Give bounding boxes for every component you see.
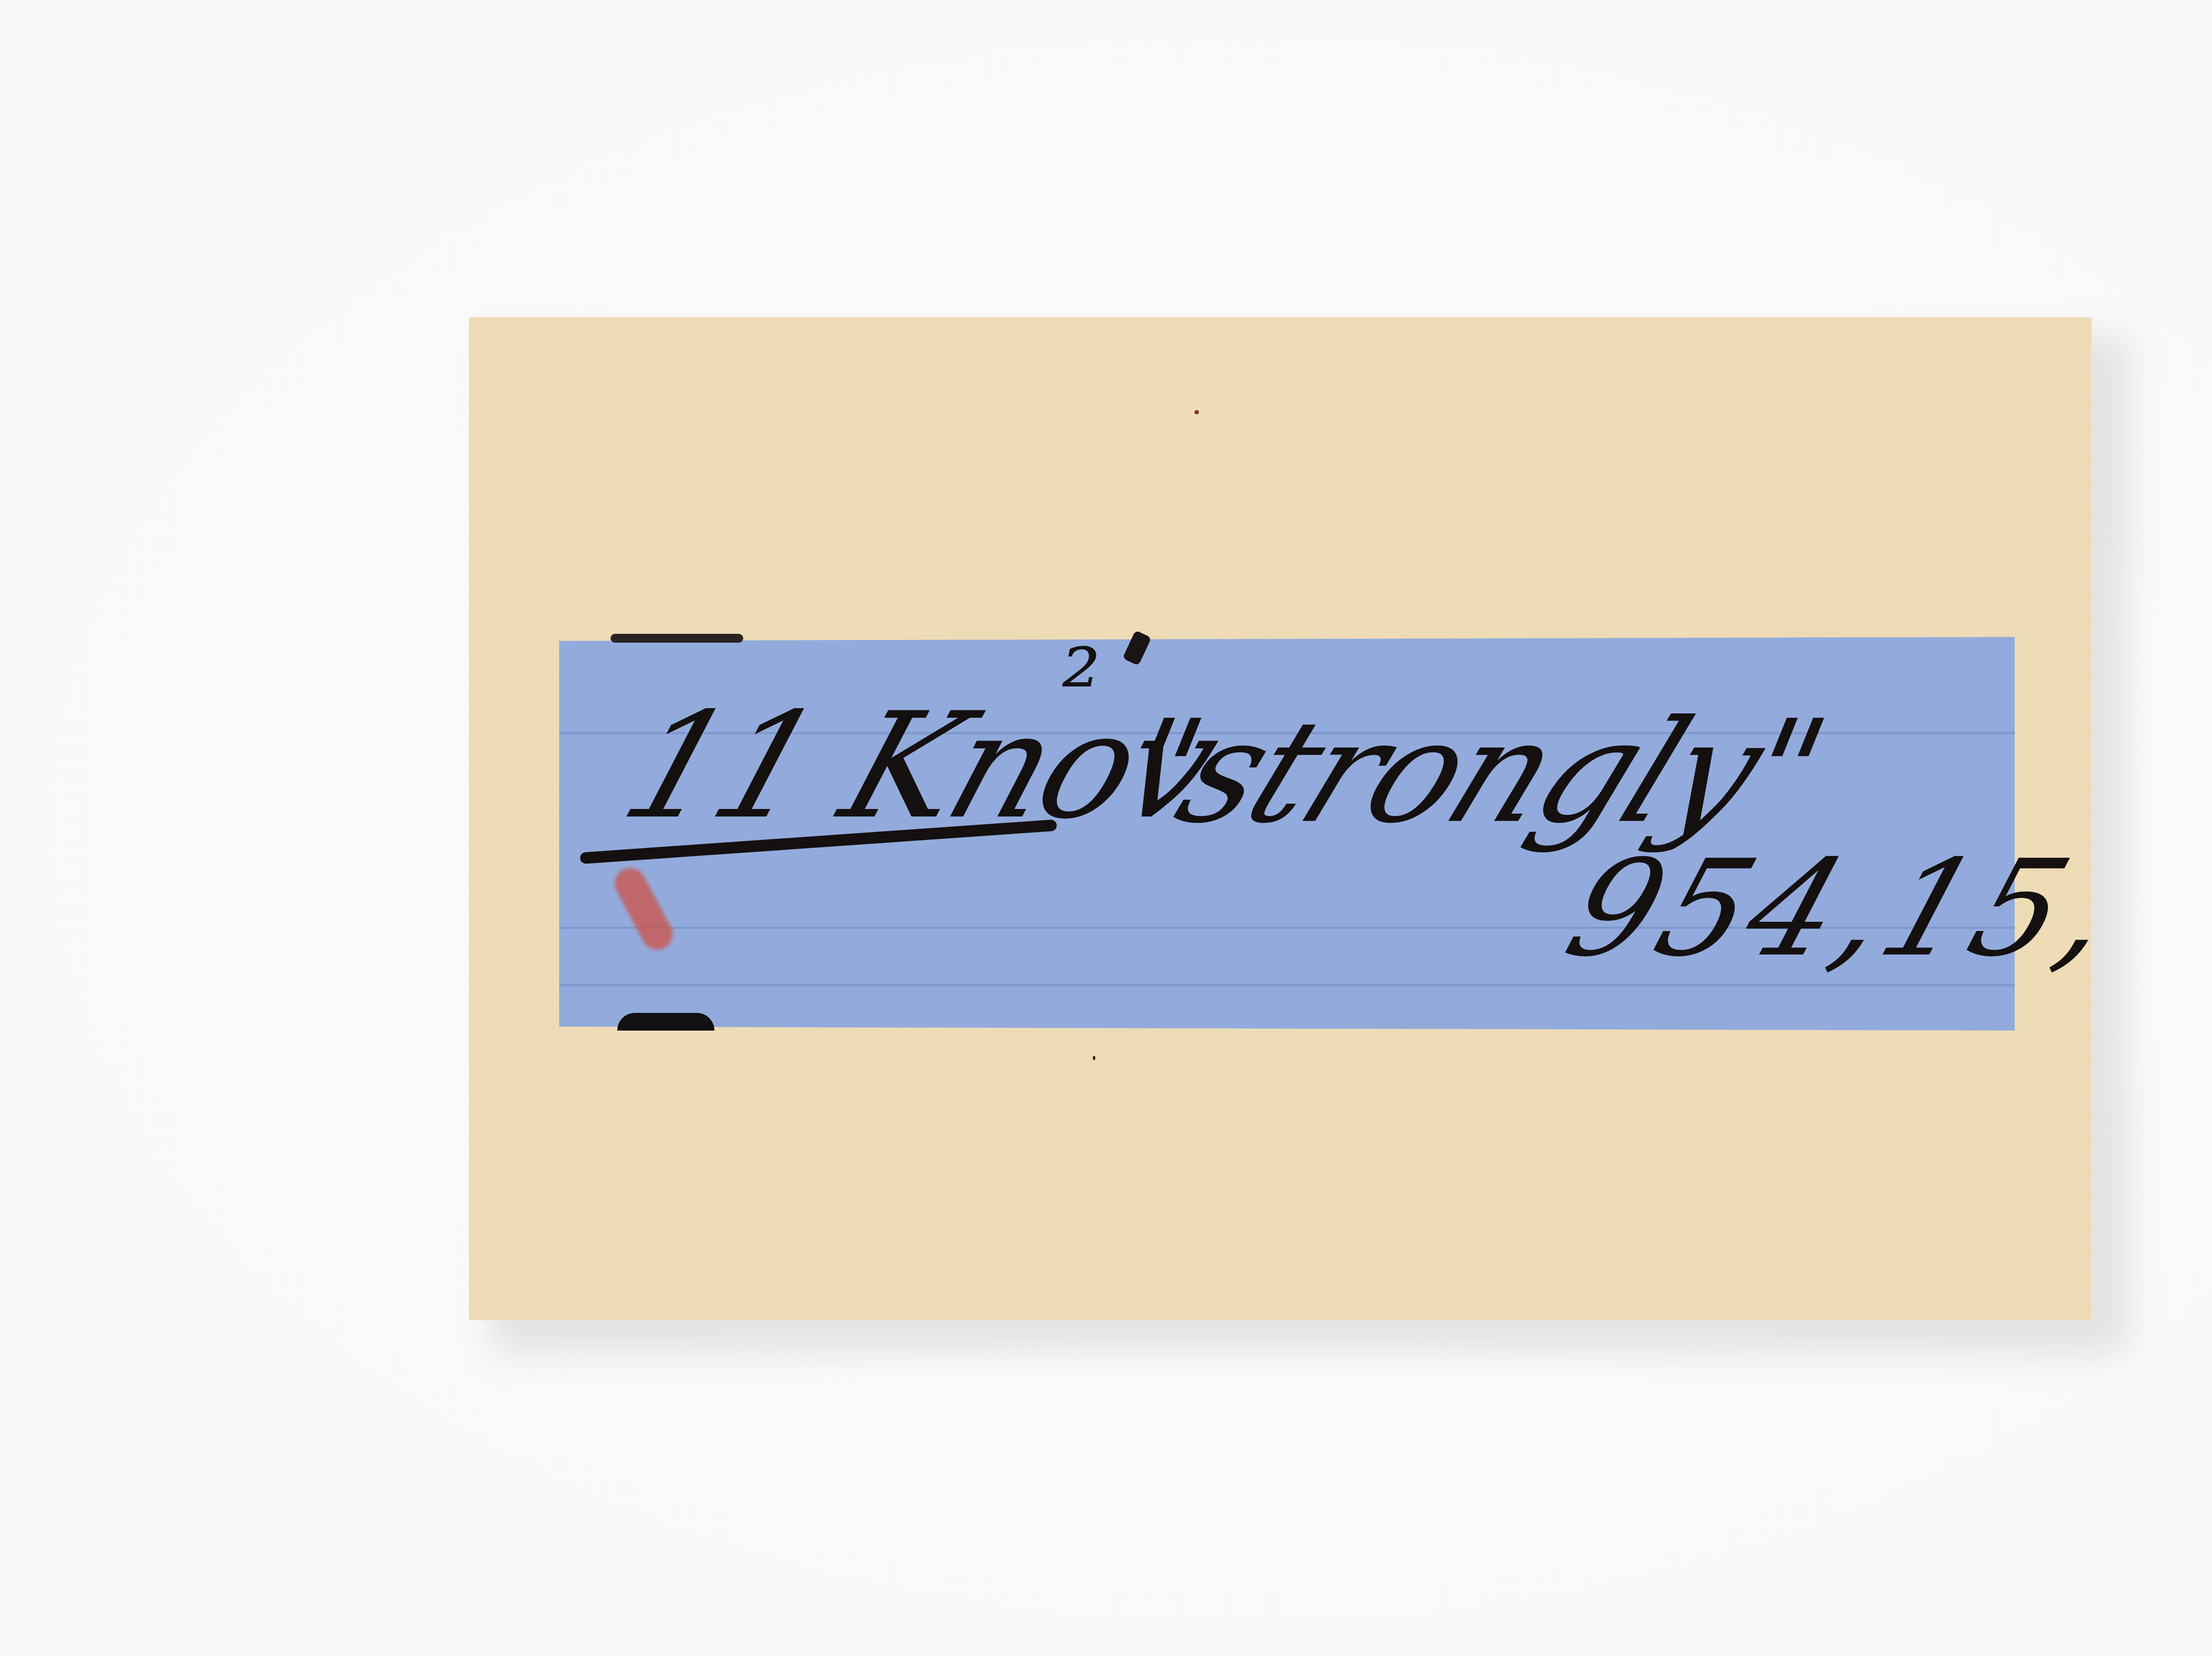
paper-speck xyxy=(1194,410,1199,414)
ink-blot-bottom xyxy=(617,1013,714,1031)
handwriting-quote: "strongly" xyxy=(1095,690,1846,855)
paper-speck xyxy=(1093,1056,1095,1060)
handwriting-number: 954,15, xyxy=(1550,832,2137,986)
ink-fragment-top xyxy=(611,634,743,643)
handwriting-superscript: ² xyxy=(1062,628,1101,741)
